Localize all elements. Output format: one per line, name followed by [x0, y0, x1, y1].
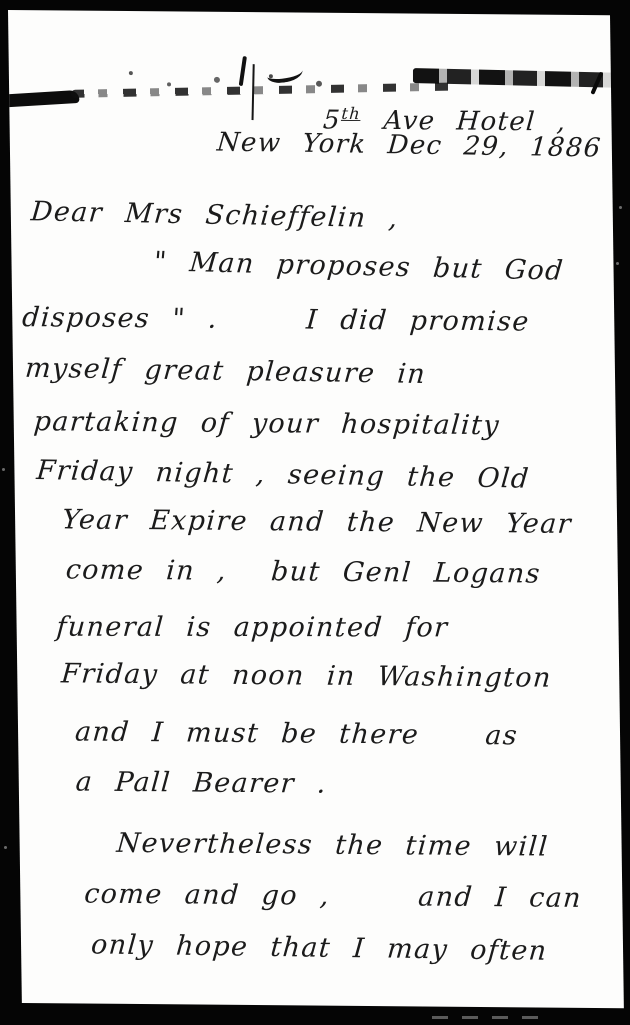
handwritten-line: " Man proposes but God [152, 246, 565, 286]
handwritten-line: myself great pleasure in [24, 353, 427, 390]
scan-noise-dash [432, 1016, 542, 1019]
handwritten-line: a Pall Bearer . [75, 767, 328, 800]
handwritten-line: Nevertheless the time will [115, 828, 549, 863]
salutation-line: Dear Mrs Schieffelin , [30, 196, 400, 234]
handwritten-line: Year Expire and the New Year [61, 504, 573, 539]
date-line: New York Dec 29, 1886 [216, 128, 603, 164]
handwritten-line: Friday at noon in Washington [60, 658, 553, 693]
scan-smudge-left-blob [8, 90, 80, 108]
handwritten-line: partaking of your hospitality [33, 406, 501, 441]
scan-noise-dot [2, 468, 5, 471]
handwritten-line: come and go , and I can [83, 879, 583, 914]
ordinal-suffix: th [341, 104, 362, 123]
letter-page: 5th Ave Hotel , New York Dec 29, 1886 De… [8, 10, 624, 1008]
handwritten-line: come in , but Genl Logans [65, 554, 542, 589]
handwritten-line: funeral is appointed for [55, 612, 449, 644]
handwritten-line: and I must be there as [74, 717, 519, 752]
scan-background: 5th Ave Hotel , New York Dec 29, 1886 De… [0, 0, 630, 1025]
scan-speckles [129, 71, 133, 75]
handwritten-line: Friday night , seeing the Old [35, 455, 530, 495]
scan-noise-dot [4, 846, 7, 849]
scan-noise-dot [616, 262, 619, 265]
handwritten-line: only hope that I may often [90, 929, 549, 966]
scan-noise-dot [619, 206, 622, 209]
handwritten-line: disposes " . I did promise [21, 302, 531, 337]
